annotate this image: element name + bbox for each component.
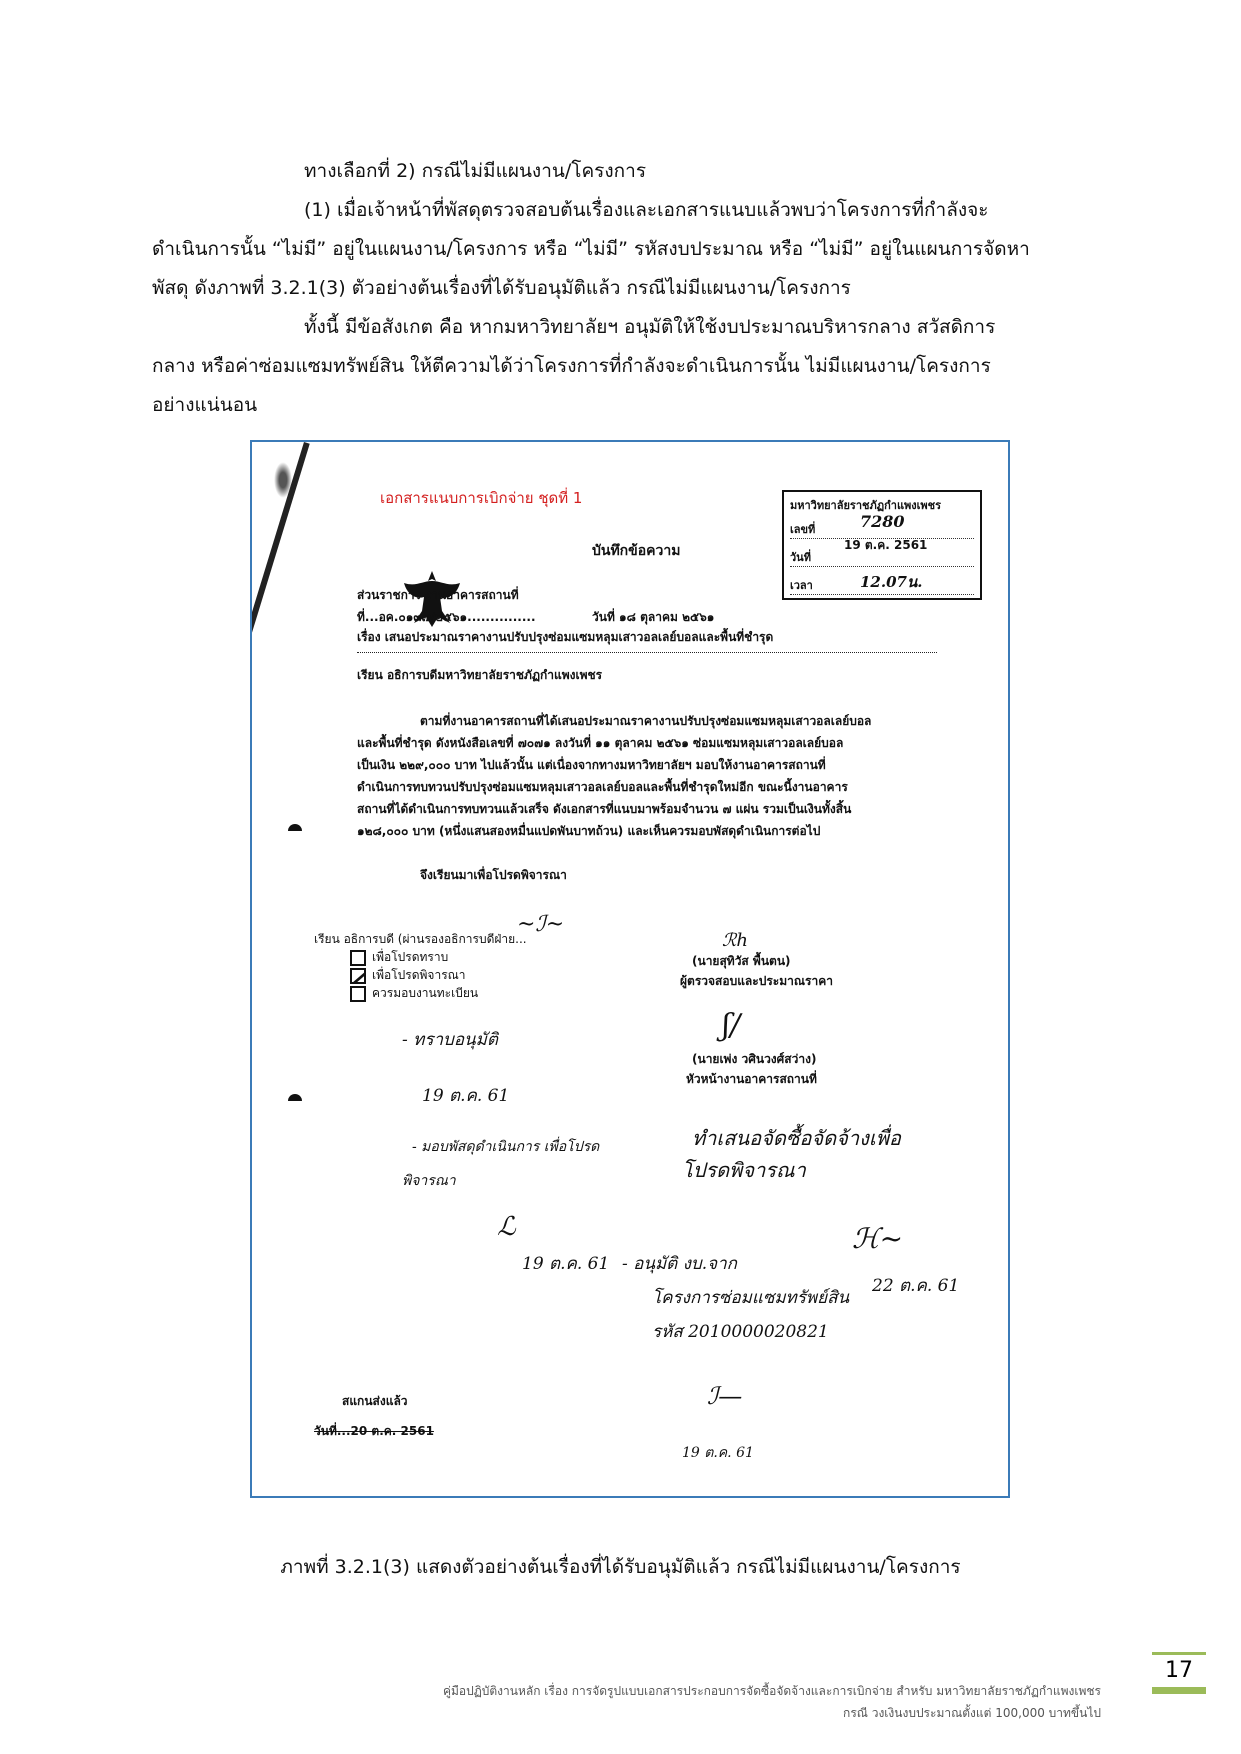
- memo-closing: จึงเรียนมาเพื่อโปรดพิจารณา: [420, 866, 567, 885]
- paragraph-2-line-2: กลาง หรือค่าซ่อมแซมทรัพย์สิน ให้ตีความได…: [152, 351, 991, 381]
- signature-scribble: ℋ~: [852, 1222, 903, 1255]
- memo-date: วันที่ ๑๘ ตุลาคม ๒๕๖๑: [592, 608, 714, 627]
- paragraph-1-line-1: (1) เมื่อเจ้าหน้าที่พัสดุตรวจสอบต้นเรื่อ…: [304, 195, 988, 225]
- signature-scribble: ℐ—: [707, 1382, 742, 1410]
- signature-scribble: ℛh: [722, 930, 748, 951]
- handwritten-note: โครงการซ่อมแซมทรัพย์สิน: [652, 1284, 849, 1311]
- page-number-box: 17: [1152, 1652, 1206, 1694]
- scan-date: วันที่...20 ต.ค. 2561: [314, 1422, 434, 1441]
- memo-ref-no: ที่...อค.๐๑๓๗/๒๕๖๑...............: [357, 608, 536, 627]
- routing-option-label: เพื่อโปรดทราบ: [372, 948, 448, 967]
- checkmark-icon: [350, 968, 366, 984]
- paragraph-2-line-3: อย่างแน่นอน: [152, 390, 257, 420]
- handwritten-note: - มอบพัสดุดำเนินการ เพื่อโปรด: [412, 1136, 599, 1158]
- scanned-memo-figure: เอกสารแนบการเบิกจ่าย ชุดที่ 1 มหาวิทยาลั…: [250, 440, 1010, 1498]
- figure-caption: ภาพที่ 3.2.1(3) แสดงตัวอย่างต้นเรื่องที่…: [0, 1552, 1241, 1582]
- footer-line-1: คู่มือปฏิบัติงานหลัก เรื่อง การจัดรูปแบบ…: [443, 1682, 1101, 1701]
- signature-scribble: ʃ/: [722, 1008, 740, 1043]
- punch-hole-mark: [288, 1094, 302, 1101]
- handwritten-note: - ทราบอนุมัติ: [402, 1026, 498, 1053]
- handwritten-note: 19 ต.ค. 61: [522, 1250, 609, 1277]
- signer2-name: (นายเพ่ง วศินวงศ์สว่าง): [692, 1050, 816, 1069]
- page-number-bottom-bar: [1152, 1687, 1206, 1694]
- option-heading: ทางเลือกที่ 2) กรณีไม่มีแผนงาน/โครงการ: [304, 156, 646, 186]
- memo-content-line: ๑๒๘,๐๐๐ บาท (หนึ่งแสนสองหมื่นแปดพันบาทถ้…: [357, 822, 820, 841]
- memo-title: บันทึกข้อความ: [592, 540, 680, 562]
- stamp-no-value: 7280: [860, 512, 905, 531]
- handwritten-note: รหัส 2010000020821: [652, 1318, 829, 1345]
- memo-to: เรียน อธิการบดีมหาวิทยาลัยราชภัฏกำแพงเพช…: [357, 666, 602, 685]
- routing-option-label: เพื่อโปรดพิจารณา: [372, 966, 466, 985]
- page-number: 17: [1152, 1655, 1206, 1687]
- checkbox-consider-checked: [350, 968, 366, 984]
- memo-subject: เรื่อง เสนอประมาณราคางานปรับปรุงซ่อมแซมห…: [357, 628, 773, 647]
- checkbox-registration: [350, 986, 366, 1002]
- handwritten-note: 19 ต.ค. 61: [422, 1082, 509, 1109]
- receipt-stamp: มหาวิทยาลัยราชภัฏกำแพงเพชร เลขที่ 7280 1…: [782, 490, 982, 600]
- footer-line-2: กรณี วงเงินงบประมาณตั้งแต่ 100,000 บาทขึ…: [843, 1704, 1101, 1723]
- handwritten-note: พิจารณา: [402, 1170, 456, 1192]
- handwritten-note: 19 ต.ค. 61: [682, 1442, 754, 1464]
- handwritten-note: ทำเสนอจัดซื้อจัดจ้างเพื่อ: [692, 1122, 901, 1154]
- memo-content-line: ตามที่งานอาคารสถานที่ได้เสนอประมาณราคางา…: [420, 712, 871, 731]
- memo-content-line: และพื้นที่ชำรุด ดังหนังสือเลขที่ ๗๐๗๑ ลง…: [357, 734, 843, 753]
- routing-to: เรียน อธิการบดี (ผ่านรองอธิการบดีฝ่าย...: [314, 930, 527, 949]
- signer1-name: (นายสุทิวัส พื้นตน): [692, 952, 791, 971]
- paragraph-1-line-3: พัสดุ ดังภาพที่ 3.2.1(3) ตัวอย่างต้นเรื่…: [152, 273, 851, 303]
- paragraph-2-line-1: ทั้งนี้ มีข้อสังเกต คือ หากมหาวิทยาลัยฯ …: [304, 312, 995, 342]
- routing-option-label: ควรมอบงานทะเบียน: [372, 984, 478, 1003]
- handwritten-note: 22 ต.ค. 61: [872, 1272, 959, 1299]
- memo-content-line: เป็นเงิน ๒๒๙,๐๐๐ บาท ไปแล้วนั้น แต่เนื่อ…: [357, 756, 826, 775]
- checkbox-acknowledge: [350, 950, 366, 966]
- scan-smudge: [274, 462, 292, 498]
- handwritten-note: - อนุมัติ งบ.จาก: [622, 1250, 737, 1277]
- stamp-time-value: 12.07น.: [860, 570, 922, 594]
- paragraph-1-line-2: ดำเนินการนั้น “ไม่มี” อยู่ในแผนงาน/โครงก…: [152, 234, 1030, 264]
- separator-line: [357, 652, 937, 653]
- memo-content-line: ดำเนินการทบทวนปรับปรุงซ่อมแซมหลุมเสาวอลเ…: [357, 778, 848, 797]
- signer1-title: ผู้ตรวจสอบและประมาณราคา: [680, 972, 833, 991]
- signer2-title: หัวหน้างานอาคารสถานที่: [686, 1070, 817, 1089]
- stamp-time-label: เวลา: [790, 579, 813, 592]
- stamp-date-label: วันที่: [790, 551, 811, 564]
- punch-hole-mark: [288, 824, 302, 831]
- handwritten-note: โปรดพิจารณา: [682, 1154, 806, 1186]
- signature-scribble: ~ℐ~: [517, 912, 564, 937]
- memo-content-line: สถานที่ได้ดำเนินการทบทวนแล้วเสร็จ ดังเอก…: [357, 800, 851, 819]
- memo-agency: ส่วนราชการ งานอาคารสถานที่: [357, 586, 519, 605]
- stamp-no-label: เลขที่: [790, 523, 815, 536]
- scan-note: สแกนส่งแล้ว: [342, 1392, 408, 1411]
- attachment-label: เอกสารแนบการเบิกจ่าย ชุดที่ 1: [380, 486, 582, 510]
- signature-scribble: ℒ: [497, 1212, 516, 1242]
